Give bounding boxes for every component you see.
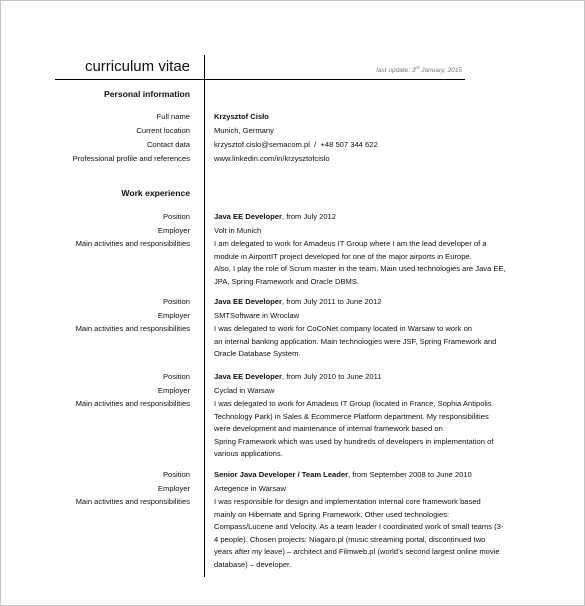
cv-page: curriculum vitae last update: 3rd Januar… bbox=[0, 0, 585, 606]
job-position: Java EE Developer, from July 2010 to Jun… bbox=[214, 372, 381, 381]
job-employer: Volt in Munich bbox=[214, 226, 261, 235]
job-activities: I was delegated to work for Amadeus IT G… bbox=[214, 398, 524, 461]
label-position: Position bbox=[163, 372, 190, 381]
label-contact-data: Contact data bbox=[147, 140, 190, 149]
label-employer: Employer bbox=[158, 311, 190, 320]
section-work-experience: Work experience bbox=[121, 188, 190, 198]
job-activities: I was delegated to work for CoCoNet comp… bbox=[214, 323, 524, 361]
job-employer: Artegence in Warsaw bbox=[214, 484, 286, 493]
label-professional-profile: Professional profile and references bbox=[73, 154, 190, 163]
document-title: curriculum vitae bbox=[85, 58, 190, 75]
job-activities: I am delegated to work for Amadeus IT Gr… bbox=[214, 238, 524, 288]
value-full-name: Krzysztof Cisło bbox=[214, 112, 269, 121]
label-activities: Main activities and responsibilities bbox=[76, 324, 190, 333]
label-activities: Main activities and responsibilities bbox=[76, 497, 190, 506]
job-activities: I was responsible for design and impleme… bbox=[214, 496, 524, 571]
value-professional-profile: www.linkedin.com/in/krzysztofcislo bbox=[214, 154, 330, 163]
label-employer: Employer bbox=[158, 386, 190, 395]
job-employer: SMTSoftware in Wroclaw bbox=[214, 311, 299, 320]
label-employer: Employer bbox=[158, 484, 190, 493]
label-position: Position bbox=[163, 297, 190, 306]
label-activities: Main activities and responsibilities bbox=[76, 239, 190, 248]
label-current-location: Current location bbox=[136, 126, 190, 135]
value-current-location: Munich, Germany bbox=[214, 126, 274, 135]
label-employer: Employer bbox=[158, 226, 190, 235]
label-position: Position bbox=[163, 470, 190, 479]
last-update: last update: 3rd January, 2015 bbox=[376, 65, 462, 74]
job-position: Senior Java Developer / Team Leader, fro… bbox=[214, 470, 472, 479]
header-divider-horizontal bbox=[55, 79, 465, 80]
job-position: Java EE Developer, from July 2012 bbox=[214, 212, 336, 221]
job-position: Java EE Developer, from July 2011 to Jun… bbox=[214, 297, 381, 306]
value-contact-data: krzysztof.cislo@semacom.pl / +48 507 344… bbox=[214, 140, 378, 149]
section-personal-information: Personal information bbox=[104, 89, 190, 99]
label-activities: Main activities and responsibilities bbox=[76, 399, 190, 408]
label-full-name: Full name bbox=[157, 112, 190, 121]
label-position: Position bbox=[163, 212, 190, 221]
column-divider-vertical bbox=[204, 55, 205, 577]
job-employer: Cyclad in Warsaw bbox=[214, 386, 274, 395]
